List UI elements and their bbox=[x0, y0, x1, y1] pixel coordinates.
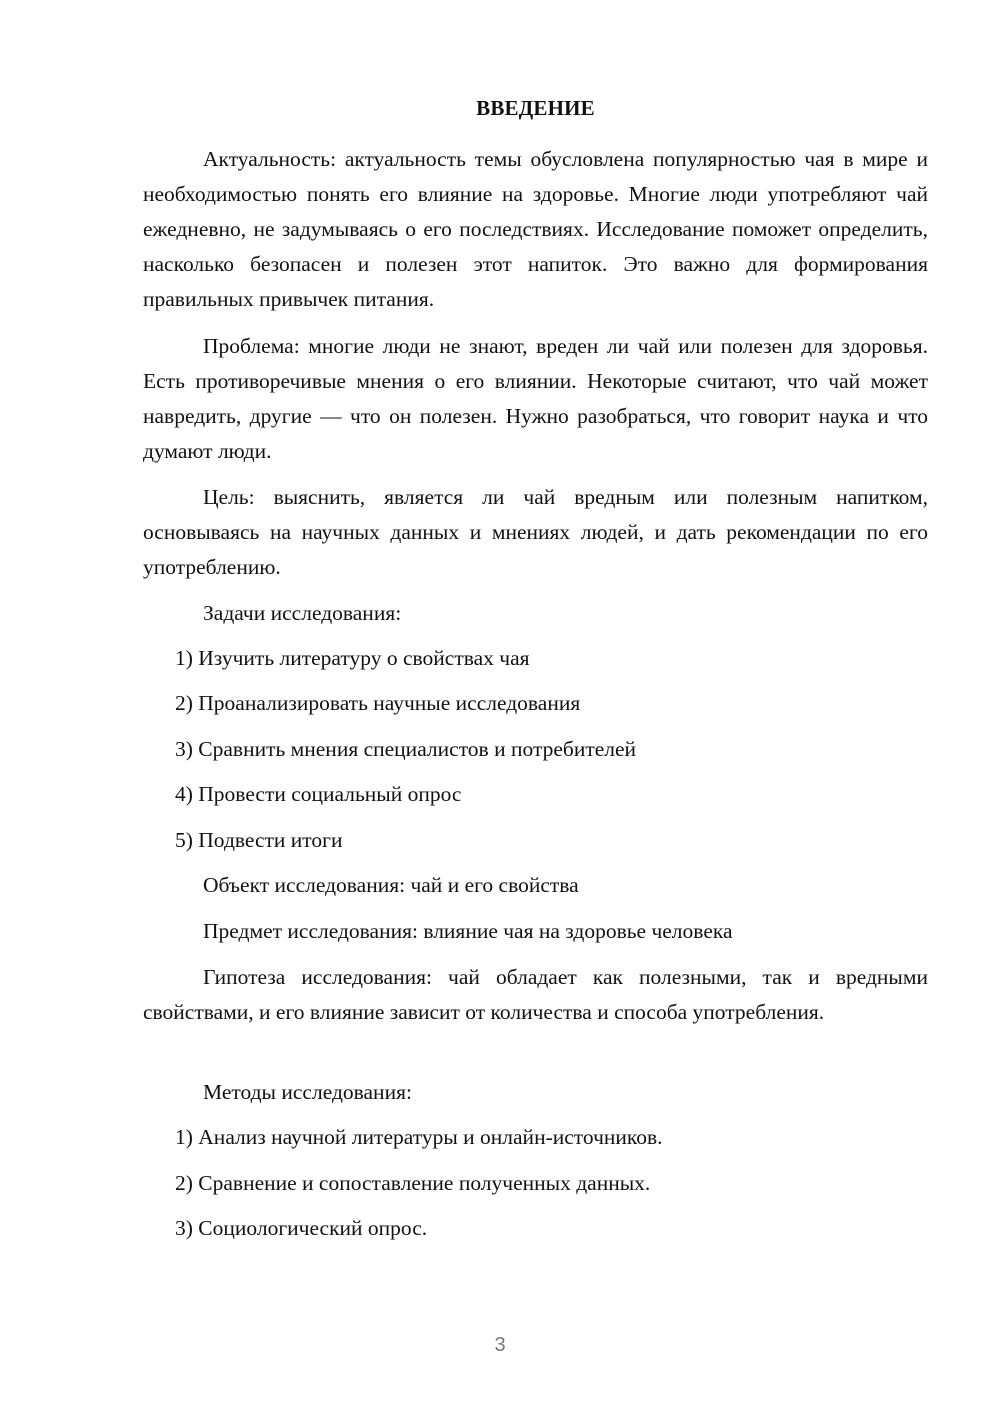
method-item: 3) Социологический опрос. bbox=[175, 1211, 427, 1246]
methods-heading: Методы исследования: bbox=[203, 1075, 412, 1110]
task-item: 4) Провести социальный опрос bbox=[175, 777, 461, 812]
task-item: 5) Подвести итоги bbox=[175, 823, 343, 858]
relevance-paragraph: Актуальность: актуальность темы обусловл… bbox=[143, 142, 928, 317]
tasks-heading: Задачи исследования: bbox=[203, 596, 401, 631]
section-title: ВВЕДЕНИЕ bbox=[143, 96, 928, 121]
subject-line: Предмет исследования: влияние чая на здо… bbox=[203, 914, 733, 949]
task-item: 3) Сравнить мнения специалистов и потреб… bbox=[175, 732, 636, 767]
method-item: 2) Сравнение и сопоставление полученных … bbox=[175, 1166, 650, 1201]
hypothesis-paragraph: Гипотеза исследования: чай обладает как … bbox=[143, 960, 928, 1030]
task-item: 2) Проанализировать научные исследования bbox=[175, 686, 580, 721]
page-number: 3 bbox=[0, 1334, 1000, 1357]
object-line: Объект исследования: чай и его свойства bbox=[203, 868, 579, 903]
task-item: 1) Изучить литературу о свойствах чая bbox=[175, 641, 530, 676]
problem-paragraph: Проблема: многие люди не знают, вреден л… bbox=[143, 329, 928, 469]
goal-paragraph: Цель: выяснить, является ли чай вредным … bbox=[143, 480, 928, 585]
method-item: 1) Анализ научной литературы и онлайн-ис… bbox=[175, 1120, 663, 1155]
